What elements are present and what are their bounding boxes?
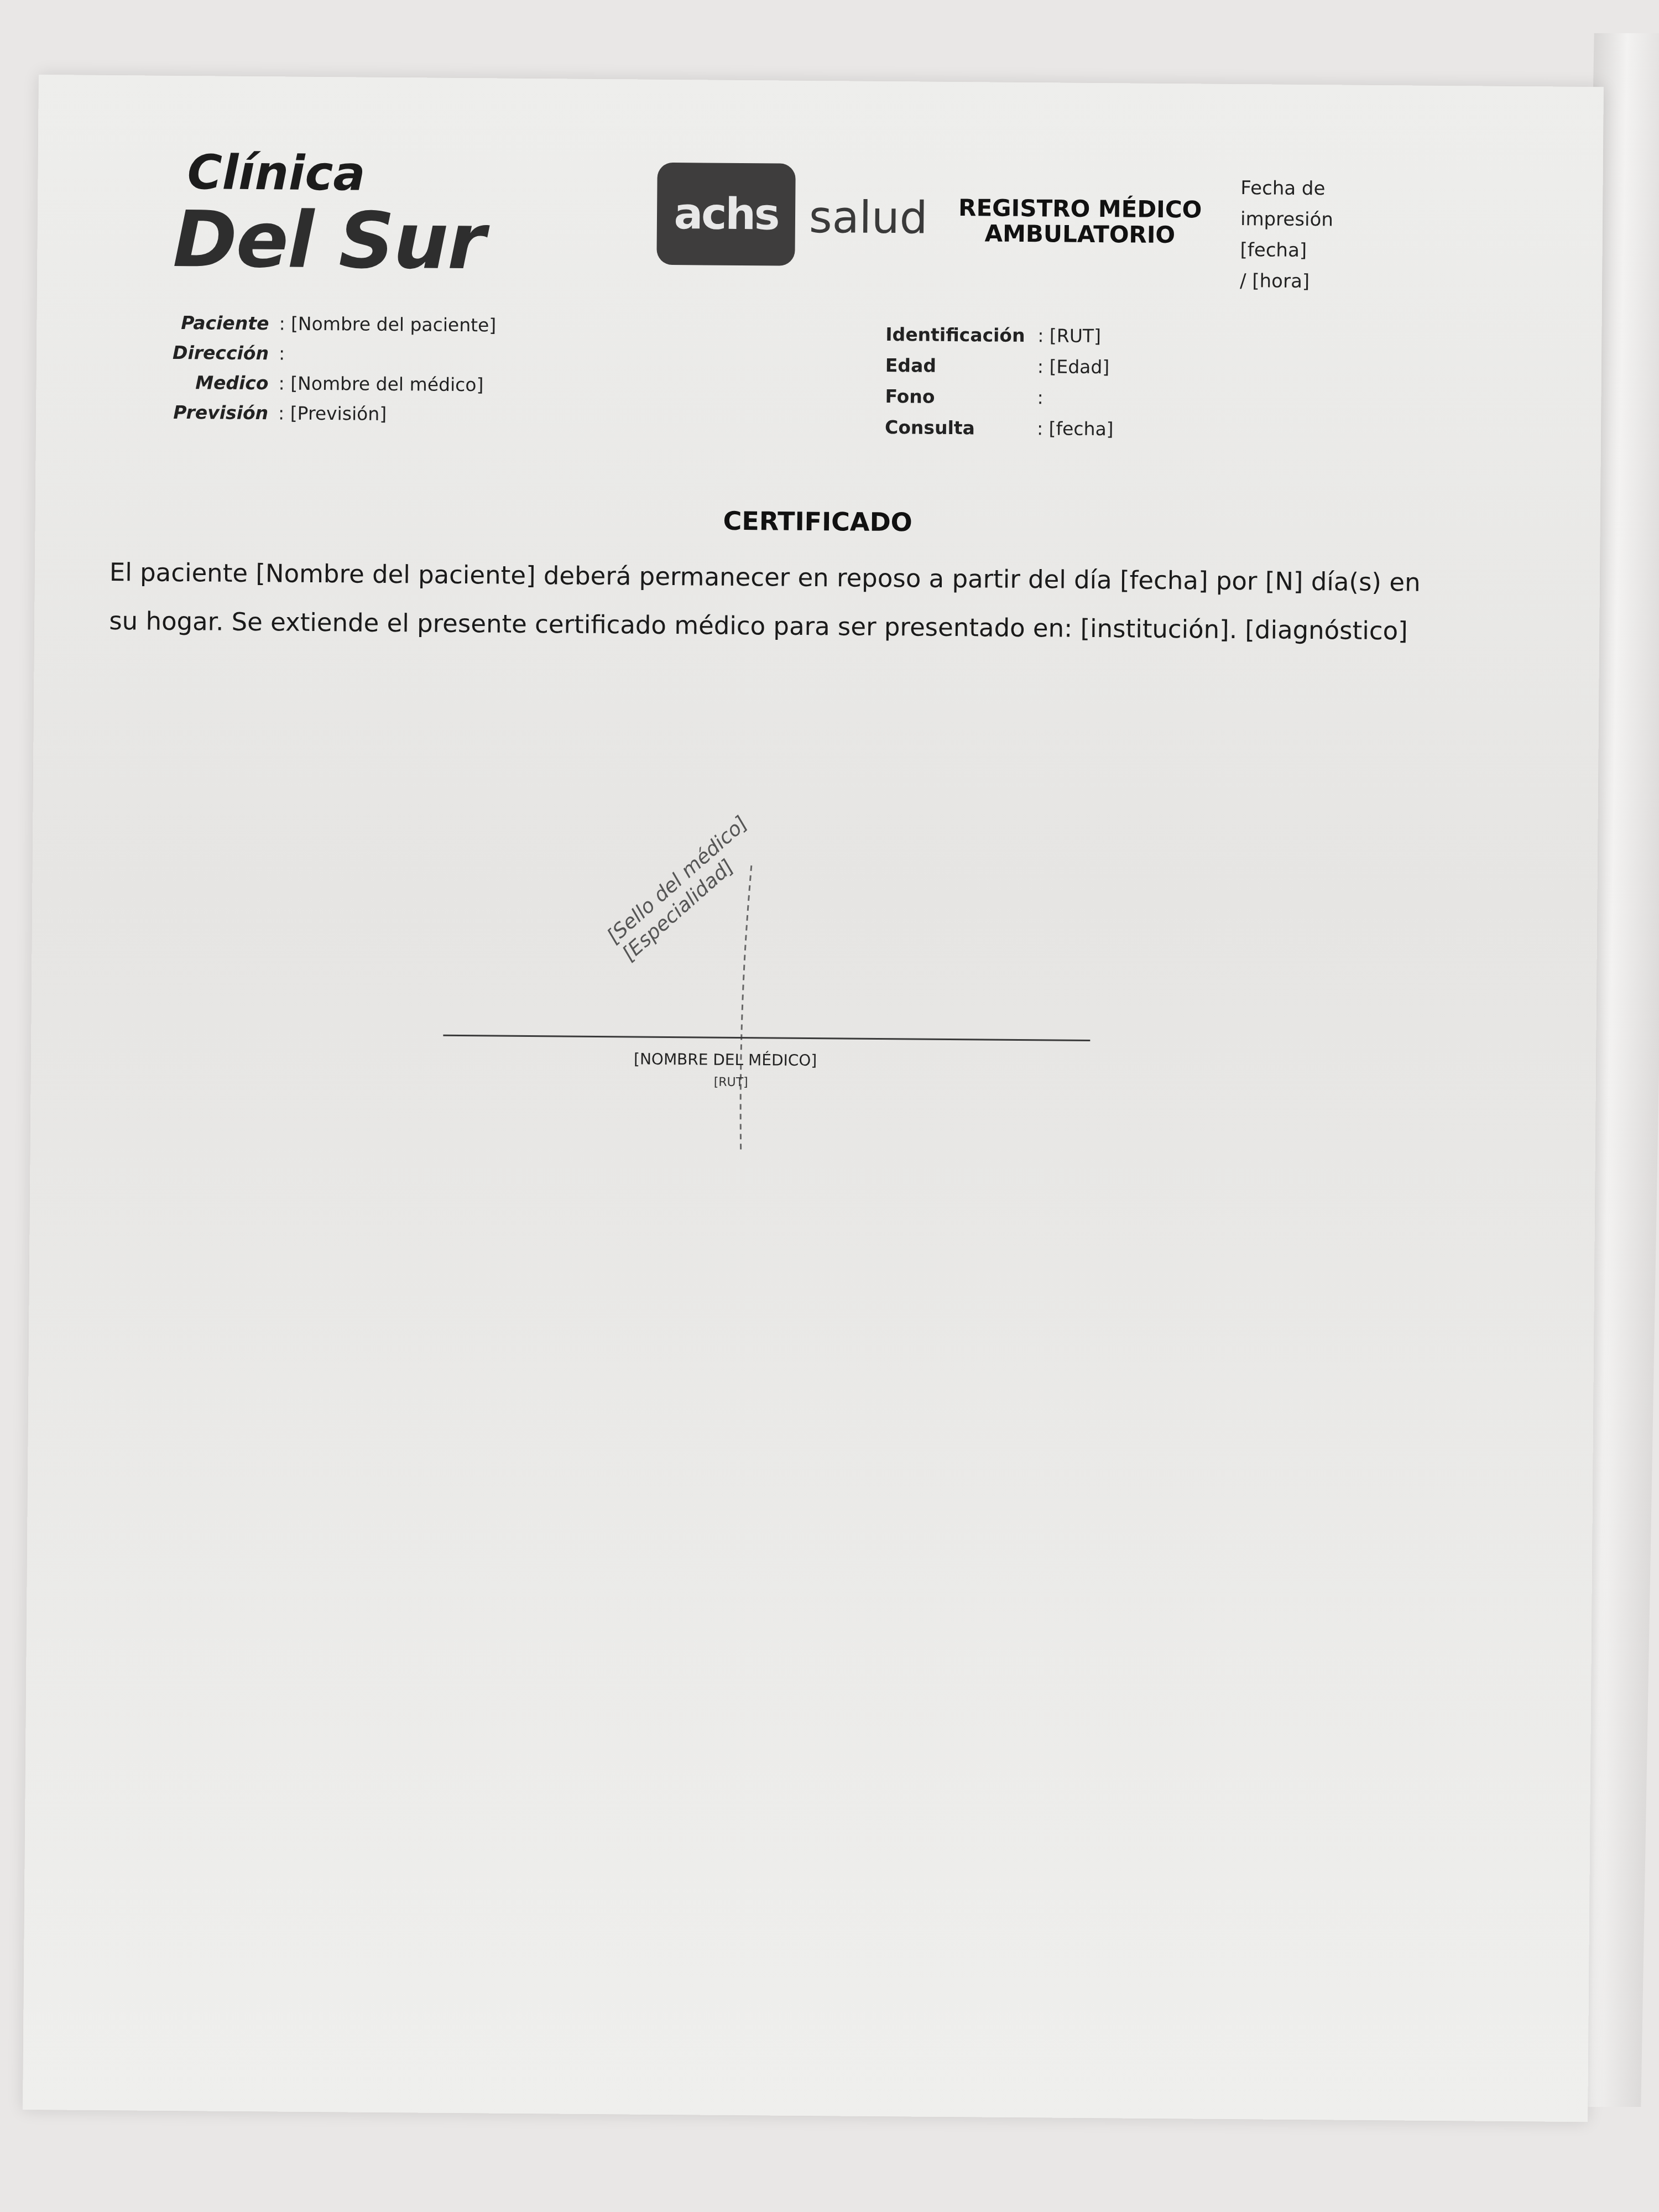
certificate-title: CERTIFICADO [35, 500, 1600, 542]
info-row-prevision: Previsión : [Previsión] [141, 397, 495, 430]
info-row-direccion: Dirección : [142, 337, 496, 370]
info-row-identificacion: Identificación : [RUT] [885, 319, 1114, 352]
record-title: REGISTRO MÉDICO AMBULATORIO [958, 195, 1202, 248]
certificate-body: El paciente [Nombre del paciente] deberá… [109, 548, 1453, 656]
print-time: / [hora] [1240, 265, 1333, 297]
patient-info-left: Paciente : [Nombre del paciente] Direcci… [141, 307, 496, 430]
signer-name: [NOMBRE DEL MÉDICO] [634, 1050, 817, 1070]
clinic-logo-line2: Del Sur [173, 195, 485, 287]
patient-info-right: Identificación : [RUT] Edad : [Edad] Fon… [885, 319, 1114, 445]
salud-logo-text: salud [809, 191, 928, 244]
achs-logo-badge: achs [656, 163, 795, 266]
signature-placeholder-icon [611, 853, 890, 1165]
signer-id: [RUT] [714, 1076, 748, 1089]
info-row-paciente: Paciente : [Nombre del paciente] [142, 307, 496, 340]
info-row-edad: Edad : [Edad] [885, 350, 1114, 383]
print-date: [fecha] [1240, 234, 1333, 266]
medical-certificate-page: Clínica Del Sur achs salud REGISTRO MÉDI… [23, 75, 1604, 2122]
info-row-fono: Fono : [885, 381, 1114, 414]
clinic-logo-line1: Clínica [187, 145, 366, 202]
achs-logo-text: achs [674, 189, 779, 239]
info-row-medico: Medico : [Nombre del médico] [141, 367, 495, 400]
info-row-consulta: Consulta : [fecha] [885, 412, 1114, 445]
print-date-block: Fecha de impresión [fecha] / [hora] [1240, 173, 1334, 297]
